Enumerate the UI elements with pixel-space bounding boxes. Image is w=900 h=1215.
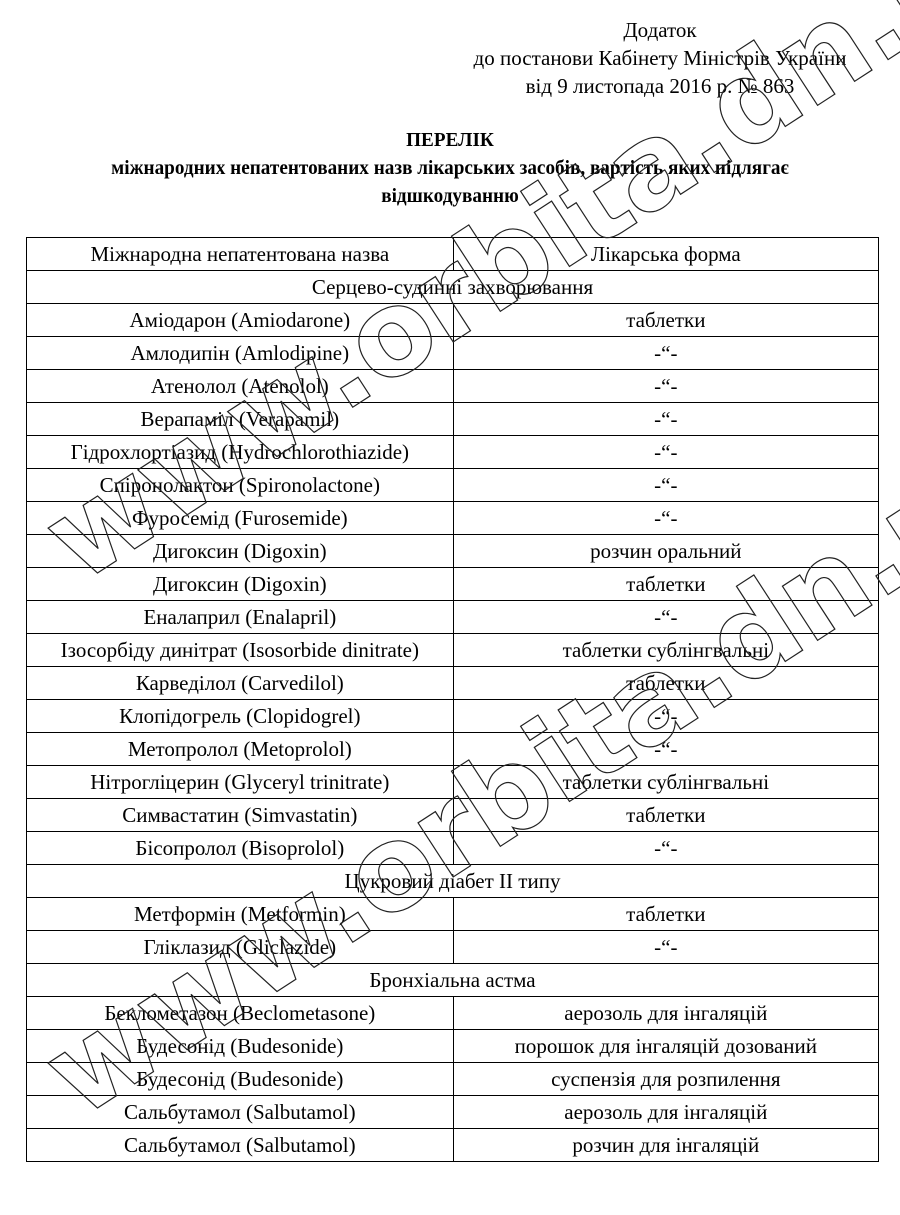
title-subtitle-line2: відшкодуванню	[18, 182, 882, 210]
table-row: Спіронолактон (Spironolactone)-“-	[27, 469, 879, 502]
section-title: Цукровий діабет II типу	[27, 865, 879, 898]
drug-name-cell: Симвастатин (Simvastatin)	[27, 799, 454, 832]
section-title: Серцево-судинні захворювання	[27, 271, 879, 304]
drug-name-cell: Метопролол (Metoprolol)	[27, 733, 454, 766]
drug-name-cell: Еналаприл (Enalapril)	[27, 601, 454, 634]
table-row: Атенолол (Atenolol)-“-	[27, 370, 879, 403]
dosage-form-cell: таблетки	[453, 304, 878, 337]
dosage-form-cell: -“-	[453, 700, 878, 733]
table-row: Амлодипін (Amlodipine)-“-	[27, 337, 879, 370]
table-row: Будесонід (Budesonide)суспензія для розп…	[27, 1063, 879, 1096]
table-row: Сальбутамол (Salbutamol)розчин для інгал…	[27, 1129, 879, 1162]
dosage-form-cell: -“-	[453, 931, 878, 964]
title-subtitle-line1: міжнародних непатентованих назв лікарськ…	[18, 154, 882, 182]
drug-name-cell: Спіронолактон (Spironolactone)	[27, 469, 454, 502]
drug-name-cell: Верапаміл (Verapamil)	[27, 403, 454, 436]
drug-name-cell: Амлодипін (Amlodipine)	[27, 337, 454, 370]
section-row: Серцево-судинні захворювання	[27, 271, 879, 304]
section-row: Бронхіальна астма	[27, 964, 879, 997]
table-row: Еналаприл (Enalapril)-“-	[27, 601, 879, 634]
table-row: Клопідогрель (Clopidogrel)-“-	[27, 700, 879, 733]
drug-name-cell: Карведілол (Carvedilol)	[27, 667, 454, 700]
dosage-form-cell: -“-	[453, 403, 878, 436]
dosage-form-cell: -“-	[453, 370, 878, 403]
drug-name-cell: Бісопролол (Bisoprolol)	[27, 832, 454, 865]
annex-resolution: до постанови Кабінету Міністрів України	[430, 44, 890, 72]
drug-name-cell: Аміодарон (Amiodarone)	[27, 304, 454, 337]
table-row: Симвастатин (Simvastatin)таблетки	[27, 799, 879, 832]
annex-label: Додаток	[430, 16, 890, 44]
drug-name-cell: Сальбутамол (Salbutamol)	[27, 1129, 454, 1162]
dosage-form-cell: аерозоль для інгаляцій	[453, 1096, 878, 1129]
drug-name-cell: Гідрохлортіазид (Hydrochlorothiazide)	[27, 436, 454, 469]
table-row: Ізосорбіду динітрат (Isosorbide dinitrat…	[27, 634, 879, 667]
table-row: Сальбутамол (Salbutamol)аерозоль для інг…	[27, 1096, 879, 1129]
document-title: ПЕРЕЛІК міжнародних непатентованих назв …	[18, 126, 882, 210]
dosage-form-cell: аерозоль для інгаляцій	[453, 997, 878, 1030]
annex-date-number: від 9 листопада 2016 р. № 863	[430, 72, 890, 100]
table-row: Дигоксин (Digoxin)розчин оральний	[27, 535, 879, 568]
drug-name-cell: Будесонід (Budesonide)	[27, 1030, 454, 1063]
dosage-form-cell: розчин для інгаляцій	[453, 1129, 878, 1162]
table-row: Беклометазон (Beclometasone)аерозоль для…	[27, 997, 879, 1030]
dosage-form-cell: -“-	[453, 436, 878, 469]
table-body: Серцево-судинні захворюванняАміодарон (A…	[27, 271, 879, 1162]
column-header-inn: Міжнародна непатентована назва	[27, 238, 454, 271]
table-row: Фуросемід (Furosemide)-“-	[27, 502, 879, 535]
drug-list-table: Міжнародна непатентована назва Лікарська…	[26, 237, 879, 1162]
table-row: Метформін (Metformin)таблетки	[27, 898, 879, 931]
dosage-form-cell: порошок для інгаляцій дозований	[453, 1030, 878, 1063]
dosage-form-cell: -“-	[453, 601, 878, 634]
dosage-form-cell: таблетки сублінгвальні	[453, 766, 878, 799]
table-row: Аміодарон (Amiodarone)таблетки	[27, 304, 879, 337]
table-row: Карведілол (Carvedilol)таблетки	[27, 667, 879, 700]
drug-name-cell: Метформін (Metformin)	[27, 898, 454, 931]
drug-name-cell: Беклометазон (Beclometasone)	[27, 997, 454, 1030]
section-row: Цукровий діабет II типу	[27, 865, 879, 898]
column-header-dosage-form: Лікарська форма	[453, 238, 878, 271]
table-row: Верапаміл (Verapamil)-“-	[27, 403, 879, 436]
dosage-form-cell: таблетки	[453, 568, 878, 601]
annex-header: Додаток до постанови Кабінету Міністрів …	[430, 16, 890, 100]
table-row: Дигоксин (Digoxin)таблетки	[27, 568, 879, 601]
dosage-form-cell: таблетки сублінгвальні	[453, 634, 878, 667]
dosage-form-cell: -“-	[453, 832, 878, 865]
drug-name-cell: Дигоксин (Digoxin)	[27, 535, 454, 568]
drug-name-cell: Атенолол (Atenolol)	[27, 370, 454, 403]
table-row: Бісопролол (Bisoprolol)-“-	[27, 832, 879, 865]
drug-name-cell: Нітрогліцерин (Glyceryl trinitrate)	[27, 766, 454, 799]
drug-name-cell: Фуросемід (Furosemide)	[27, 502, 454, 535]
dosage-form-cell: таблетки	[453, 667, 878, 700]
dosage-form-cell: -“-	[453, 502, 878, 535]
drug-name-cell: Клопідогрель (Clopidogrel)	[27, 700, 454, 733]
title-heading: ПЕРЕЛІК	[18, 126, 882, 154]
table-row: Гідрохлортіазид (Hydrochlorothiazide)-“-	[27, 436, 879, 469]
drug-name-cell: Гліклазид (Gliclazide)	[27, 931, 454, 964]
table-row: Нітрогліцерин (Glyceryl trinitrate)табле…	[27, 766, 879, 799]
dosage-form-cell: -“-	[453, 337, 878, 370]
dosage-form-cell: таблетки	[453, 799, 878, 832]
dosage-form-cell: таблетки	[453, 898, 878, 931]
drug-name-cell: Дигоксин (Digoxin)	[27, 568, 454, 601]
drug-name-cell: Будесонід (Budesonide)	[27, 1063, 454, 1096]
section-title: Бронхіальна астма	[27, 964, 879, 997]
table-row: Гліклазид (Gliclazide)-“-	[27, 931, 879, 964]
drug-name-cell: Сальбутамол (Salbutamol)	[27, 1096, 454, 1129]
table-row: Метопролол (Metoprolol)-“-	[27, 733, 879, 766]
dosage-form-cell: -“-	[453, 469, 878, 502]
dosage-form-cell: -“-	[453, 733, 878, 766]
table-row: Будесонід (Budesonide)порошок для інгаля…	[27, 1030, 879, 1063]
table-header-row: Міжнародна непатентована назва Лікарська…	[27, 238, 879, 271]
dosage-form-cell: суспензія для розпилення	[453, 1063, 878, 1096]
dosage-form-cell: розчин оральний	[453, 535, 878, 568]
drug-name-cell: Ізосорбіду динітрат (Isosorbide dinitrat…	[27, 634, 454, 667]
